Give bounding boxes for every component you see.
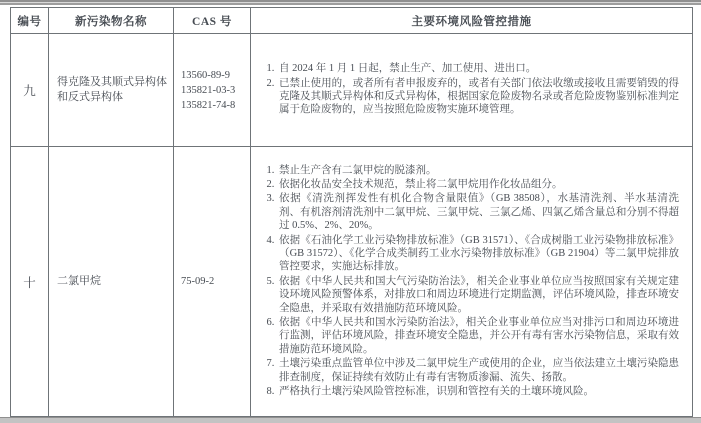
table-header: 编号 新污染物名称 CAS 号 主要环境风险管控措施 bbox=[11, 8, 693, 34]
column-header-pollutant-name: 新污染物名称 bbox=[49, 8, 174, 34]
scanned-document-page: { "table": { "columns": ["编号", "新污染物名称",… bbox=[0, 0, 701, 423]
cas-number: 13560-89-9 bbox=[181, 68, 247, 83]
measures-cell: 自 2024 年 1 月 1 日起，禁止生产、加工使用、进出口。已禁止使用的，或… bbox=[251, 34, 693, 147]
measure-item: 依据《清洗剂挥发性有机化合物含量限值》（GB 38508），水基清洗剂、半水基清… bbox=[277, 192, 679, 232]
measure-item: 依据《石油化学工业污染物排放标准》（GB 31571）、《合成树脂工业污染物排放… bbox=[277, 234, 679, 274]
measures-cell: 禁止生产含有二氯甲烷的脱漆剂。依据化妆品安全技术规范，禁止将二氯甲烷用作化妆品组… bbox=[251, 147, 693, 417]
measures-list: 自 2024 年 1 月 1 日起，禁止生产、加工使用、进出口。已禁止使用的，或… bbox=[255, 62, 679, 117]
table-body: 九 得克隆及其顺式异构体和反式异构体 13560-89-9135821-03-3… bbox=[11, 34, 693, 417]
column-header-measures: 主要环境风险管控措施 bbox=[251, 8, 693, 34]
measures-list: 禁止生产含有二氯甲烷的脱漆剂。依据化妆品安全技术规范，禁止将二氯甲烷用作化妆品组… bbox=[255, 164, 679, 399]
measure-item: 严格执行土壤污染风险管控标准，识别和管控有关的土壤环境风险。 bbox=[277, 385, 679, 398]
row-number-cell: 九 bbox=[11, 34, 49, 147]
scan-edge-top bbox=[0, 0, 701, 5]
measure-item: 土壤污染重点监管单位中涉及二氯甲烷生产或使用的企业，应当依法建立土壤污染隐患排查… bbox=[277, 357, 679, 384]
cas-number-cell: 75-09-2 bbox=[174, 147, 251, 417]
measure-item: 依据化妆品安全技术规范，禁止将二氯甲烷用作化妆品组分。 bbox=[277, 178, 679, 191]
measure-item: 禁止生产含有二氯甲烷的脱漆剂。 bbox=[277, 164, 679, 177]
measure-item: 自 2024 年 1 月 1 日起，禁止生产、加工使用、进出口。 bbox=[277, 62, 679, 75]
pollutant-name-cell: 二氯甲烷 bbox=[49, 147, 174, 417]
scan-edge-bottom bbox=[0, 417, 701, 423]
measure-item: 依据《中华人民共和国大气污染防治法》，相关企业事业单位应当按照国家有关规定建设环… bbox=[277, 275, 679, 315]
column-header-number: 编号 bbox=[11, 8, 49, 34]
measure-item: 已禁止使用的，或者所有者申报废弃的，或者有关部门依法收缴或接收且需要销毁的得克隆… bbox=[277, 77, 679, 117]
pollutant-name-cell: 得克隆及其顺式异构体和反式异构体 bbox=[49, 34, 174, 147]
header-row: 编号 新污染物名称 CAS 号 主要环境风险管控措施 bbox=[11, 8, 693, 34]
row-number-cell: 十 bbox=[11, 147, 49, 417]
cas-number: 135821-74-8 bbox=[181, 98, 247, 113]
measure-item: 依据《中华人民共和国水污染防治法》，相关企业事业单位应当对排污口和周边环境进行监… bbox=[277, 316, 679, 356]
cas-number-cell: 13560-89-9135821-03-3135821-74-8 bbox=[174, 34, 251, 147]
cas-number: 75-09-2 bbox=[181, 274, 247, 289]
table-row: 十 二氯甲烷 75-09-2 禁止生产含有二氯甲烷的脱漆剂。依据化妆品安全技术规… bbox=[11, 147, 693, 417]
column-header-cas: CAS 号 bbox=[174, 8, 251, 34]
pollutant-table: 编号 新污染物名称 CAS 号 主要环境风险管控措施 九 得克隆及其顺式异构体和… bbox=[10, 7, 693, 417]
cas-number: 135821-03-3 bbox=[181, 83, 247, 98]
table-row: 九 得克隆及其顺式异构体和反式异构体 13560-89-9135821-03-3… bbox=[11, 34, 693, 147]
